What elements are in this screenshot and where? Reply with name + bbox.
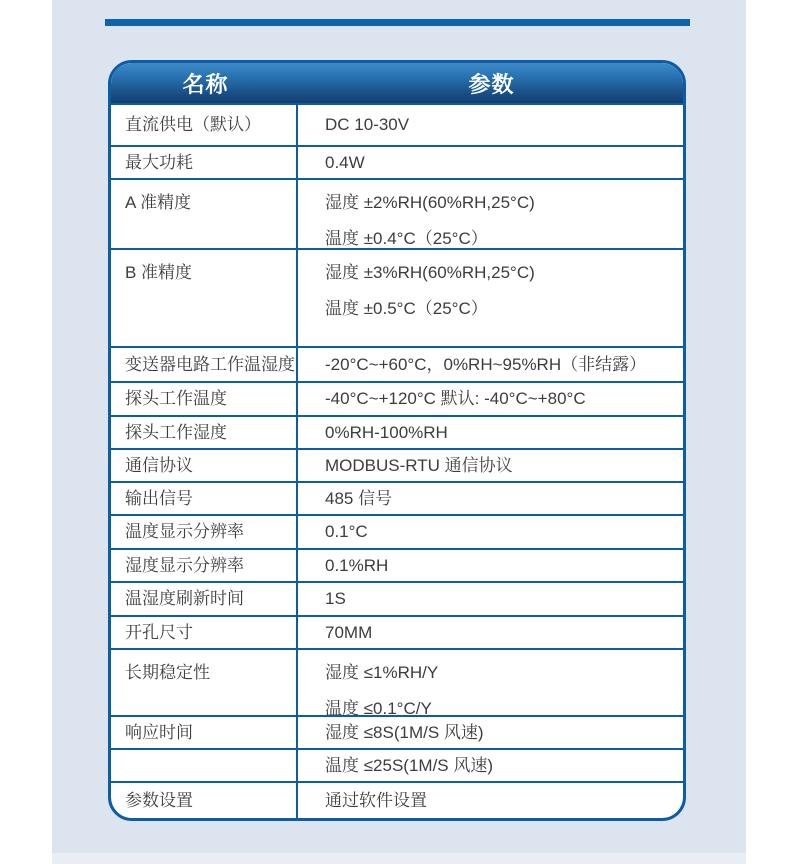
param-value-text: 70MM (325, 617, 683, 649)
param-value-text: 1S (325, 583, 683, 615)
param-name-cell: 通信协议 (111, 450, 298, 481)
param-value-cell: 湿度 ±2%RH(60%RH,25°C)温度 ±0.4°C（25°C） (298, 180, 683, 248)
param-value-cell: 湿度 ≤1%RH/Y温度 ≤0.1°C/Y (298, 650, 683, 715)
param-value-cell: DC 10-30V (298, 105, 683, 145)
param-value-cell: 湿度 ≤8S(1M/S 风速) (298, 717, 683, 748)
param-value-text: 温度 ±0.5°C（25°C） (325, 293, 683, 325)
param-name-cell: 直流供电（默认） (111, 105, 298, 145)
table-row: 参数设置 通过软件设置 (111, 781, 683, 818)
param-value-text: 湿度 ≤8S(1M/S 风速) (325, 717, 683, 749)
param-name-text: 长期稳定性 (125, 657, 296, 689)
param-name-cell: 最大功耗 (111, 147, 298, 178)
param-value-cell: 0.1°C (298, 516, 683, 548)
param-name-cell: 探头工作温度 (111, 383, 298, 415)
param-name-text: 探头工作湿度 (125, 417, 296, 449)
param-name-text: 探头工作温度 (125, 383, 296, 415)
param-value-cell: MODBUS-RTU 通信协议 (298, 450, 683, 481)
param-name-cell: 响应时间 (111, 717, 298, 748)
param-value-text: 0%RH-100%RH (325, 417, 683, 449)
param-value-cell: -20°C~+60°C，0%RH~95%RH（非结露） (298, 348, 683, 381)
param-name-text: A 准精度 (125, 187, 296, 219)
param-value-cell: 温度 ≤25S(1M/S 风速) (298, 750, 683, 781)
param-name-cell: 参数设置 (111, 783, 298, 818)
section-divider-strip (52, 853, 746, 864)
param-value-cell: 1S (298, 583, 683, 615)
param-value-cell: -40°C~+120°C 默认: -40°C~+80°C (298, 383, 683, 415)
table-row: 响应时间 湿度 ≤8S(1M/S 风速) (111, 715, 683, 748)
table-row: 探头工作湿度 0%RH-100%RH (111, 415, 683, 448)
param-name-text: 温湿度刷新时间 (125, 583, 296, 615)
header-param-column: 参数 (300, 68, 683, 99)
table-row: 通信协议 MODBUS-RTU 通信协议 (111, 448, 683, 481)
table-row: B 准精度 湿度 ±3%RH(60%RH,25°C)温度 ±0.5°C（25°C… (111, 248, 683, 346)
param-name-cell: 湿度显示分辨率 (111, 550, 298, 581)
table-row: 开孔尺寸 70MM (111, 615, 683, 648)
param-value-cell: 0%RH-100%RH (298, 417, 683, 448)
spec-table-body: 直流供电（默认） DC 10-30V 最大功耗 0.4W A 准精度 湿度 ±2… (111, 103, 683, 818)
param-name-text: 变送器电路工作温湿度 (125, 349, 296, 381)
table-row: 探头工作温度 -40°C~+120°C 默认: -40°C~+80°C (111, 381, 683, 415)
param-value-text: 通过软件设置 (325, 785, 683, 817)
param-name-text: 最大功耗 (125, 147, 296, 179)
param-value-text: 0.1%RH (325, 550, 683, 582)
param-name-cell: 温湿度刷新时间 (111, 583, 298, 615)
table-row: 直流供电（默认） DC 10-30V (111, 103, 683, 145)
param-value-cell: 湿度 ±3%RH(60%RH,25°C)温度 ±0.5°C（25°C） (298, 250, 683, 346)
param-name-text: 直流供电（默认） (125, 109, 296, 141)
param-value-text: -20°C~+60°C，0%RH~95%RH（非结露） (325, 349, 683, 381)
param-name-cell: 探头工作湿度 (111, 417, 298, 448)
table-row: 最大功耗 0.4W (111, 145, 683, 178)
param-value-text: MODBUS-RTU 通信协议 (325, 450, 683, 482)
param-value-text: DC 10-30V (325, 109, 683, 141)
param-value-text: 0.1°C (325, 516, 683, 548)
param-name-text: B 准精度 (125, 257, 296, 289)
param-name-cell: 温度显示分辨率 (111, 516, 298, 548)
table-row: 输出信号 485 信号 (111, 481, 683, 514)
param-value-cell: 485 信号 (298, 483, 683, 514)
param-name-text: 参数设置 (125, 785, 296, 817)
spec-table: 名称 参数 直流供电（默认） DC 10-30V 最大功耗 0.4W A 准精度… (108, 60, 686, 821)
param-value-text: 485 信号 (325, 483, 683, 515)
table-row: 湿度显示分辨率 0.1%RH (111, 548, 683, 581)
param-name-text: 输出信号 (125, 483, 296, 515)
param-name-cell: 开孔尺寸 (111, 617, 298, 648)
param-name-cell: 输出信号 (111, 483, 298, 514)
param-name-text: 温度显示分辨率 (125, 516, 296, 548)
param-name-cell: 变送器电路工作温湿度 (111, 348, 298, 381)
param-name-cell: A 准精度 (111, 180, 298, 248)
param-value-text: 湿度 ≤1%RH/Y (325, 657, 683, 689)
param-name-cell: 长期稳定性 (111, 650, 298, 715)
param-value-cell: 0.4W (298, 147, 683, 178)
param-value-cell: 0.1%RH (298, 550, 683, 581)
top-accent-bar (105, 19, 690, 26)
param-value-cell: 通过软件设置 (298, 783, 683, 818)
table-row: 长期稳定性 湿度 ≤1%RH/Y温度 ≤0.1°C/Y (111, 648, 683, 715)
param-name-text: 湿度显示分辨率 (125, 550, 296, 582)
table-row: 变送器电路工作温湿度 -20°C~+60°C，0%RH~95%RH（非结露） (111, 346, 683, 381)
table-row: 温湿度刷新时间 1S (111, 581, 683, 615)
param-name-text: 开孔尺寸 (125, 617, 296, 649)
param-name-text: 响应时间 (125, 717, 296, 749)
param-value-text: -40°C~+120°C 默认: -40°C~+80°C (325, 383, 683, 415)
param-name-text: 通信协议 (125, 450, 296, 482)
table-row: 温度显示分辨率 0.1°C (111, 514, 683, 548)
param-value-text: 湿度 ±2%RH(60%RH,25°C) (325, 187, 683, 219)
param-value-text: 温度 ≤25S(1M/S 风速) (325, 750, 683, 782)
param-value-text: 湿度 ±3%RH(60%RH,25°C) (325, 257, 683, 289)
param-value-text: 0.4W (325, 147, 683, 179)
header-name-column: 名称 (111, 68, 300, 99)
table-row: A 准精度 湿度 ±2%RH(60%RH,25°C)温度 ±0.4°C（25°C… (111, 178, 683, 248)
spec-table-header: 名称 参数 (111, 63, 683, 103)
param-value-cell: 70MM (298, 617, 683, 648)
param-name-cell (111, 750, 298, 781)
table-row: 温度 ≤25S(1M/S 风速) (111, 748, 683, 781)
param-name-cell: B 准精度 (111, 250, 298, 346)
